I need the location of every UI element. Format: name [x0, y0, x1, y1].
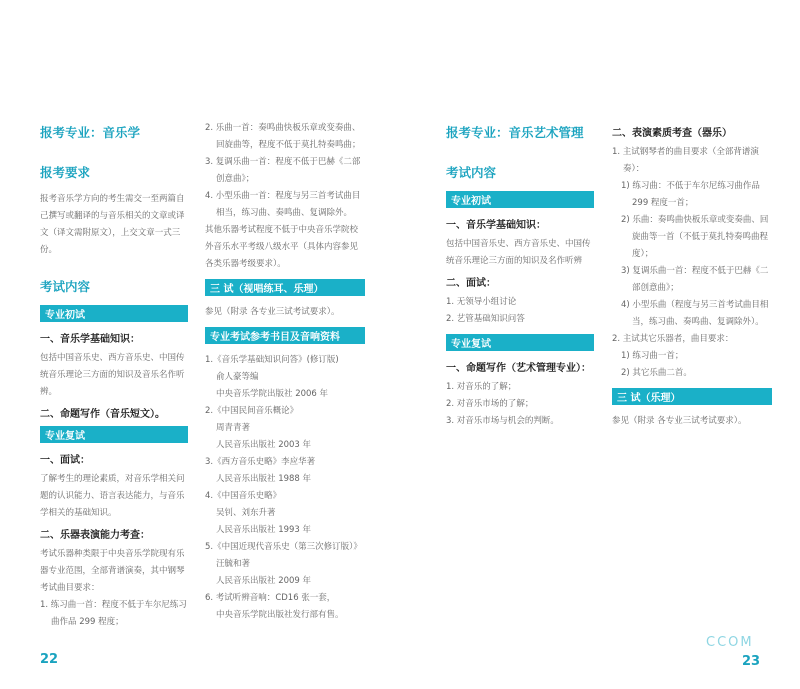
- list-item: 2. 主试其它乐器者，曲目要求：: [612, 331, 772, 348]
- first-exam-bar: 专业初试: [40, 305, 188, 322]
- page-number-left: 22: [40, 652, 58, 667]
- logo-icon: CCOM: [706, 635, 754, 650]
- reference-item: 3.《西方音乐史略》李应华著 人民音乐出版社 1988 年: [205, 454, 365, 488]
- reference-item: 6. 考试听辨音响：CD16 张一套， 中央音乐学院出版社发行部有售。: [205, 590, 365, 624]
- left-column-2: 2. 乐曲一首：奏鸣曲快板乐章或变奏曲、回旋曲等，程度不低于莫扎特奏鸣曲； 3.…: [205, 120, 365, 624]
- reference-title: 3.《西方音乐史略》李应华著: [205, 454, 365, 471]
- reference-title: 1.《音乐学基础知识问答》(修订版): [205, 352, 365, 369]
- reference-title: 4.《中国音乐史略》: [205, 488, 365, 505]
- reference-item: 5.《中国近现代音乐史（第三次修订版）》汪毓和著 人民音乐出版社 2009 年: [205, 539, 365, 590]
- reference-item: 4.《中国音乐史略》 吴钊、刘东升著 人民音乐出版社 1993 年: [205, 488, 365, 539]
- section-title: 二、乐器表演能力考查：: [40, 526, 188, 541]
- third-exam-text: 参见（附录 各专业三试考试要求）。: [612, 413, 772, 430]
- reference-item: 1.《音乐学基础知识问答》(修订版) 俞人豪等编 中央音乐学院出版社 2006 …: [205, 352, 365, 403]
- section-title: 一、音乐学基础知识：: [40, 330, 188, 345]
- page-number-right: 23: [742, 654, 760, 669]
- list-item: 2. 艺管基础知识问答: [446, 311, 594, 328]
- requirements-heading: 报考要求: [40, 163, 188, 181]
- other-instruments-text: 其他乐器考试程度不低于中央音乐学院校外音乐水平考级八级水平（具体内容参见各类乐器…: [205, 222, 365, 273]
- list-item: 2) 乐曲：奏鸣曲快板乐章或变奏曲、回旋曲等一首（不低于莫扎特奏鸣曲程度）；: [612, 212, 772, 263]
- list-item: 3) 复调乐曲一首：程度不低于巴赫《二部创意曲》；: [612, 263, 772, 297]
- reference-title: 5.《中国近现代音乐史（第三次修订版）》汪毓和著: [205, 539, 365, 573]
- section-title: 一、面试：: [40, 451, 188, 466]
- reference-line: 周青青著: [205, 420, 365, 437]
- content-heading: 考试内容: [446, 163, 594, 181]
- second-exam-bar: 专业复试: [40, 426, 188, 443]
- reference-line: 俞人豪等编: [205, 369, 365, 386]
- list-item: 1) 练习曲：不低于车尔尼练习曲作品 299 程度一首；: [612, 178, 772, 212]
- section-text: 包括中国音乐史、西方音乐史、中国传统音乐理论三方面的知识及名作听辨: [446, 236, 594, 270]
- reference-title: 6. 考试听辨音响：CD16 张一套，: [205, 590, 365, 607]
- list-item: 3. 复调乐曲一首：程度不低于巴赫《二部创意曲》；: [205, 154, 365, 188]
- reference-line: 吴钊、刘东升著: [205, 505, 365, 522]
- second-exam-bar: 专业复试: [446, 334, 594, 351]
- section-title: 二、面试：: [446, 274, 594, 289]
- reference-title: 2.《中国民间音乐概论》: [205, 403, 365, 420]
- list-item: 1. 练习曲一首：程度不低于车尔尼练习曲作品 299 程度；: [40, 597, 188, 631]
- references-bar: 专业考试参考书目及音响资料: [205, 327, 365, 344]
- list-item: 1. 主试钢琴者的曲目要求（全部背谱演奏）：: [612, 144, 772, 178]
- major-title: 报考专业：音乐学: [40, 123, 188, 141]
- reference-item: 2.《中国民间音乐概论》 周青青著 人民音乐出版社 2003 年: [205, 403, 365, 454]
- right-column-1: 报考专业：音乐艺术管理 考试内容 专业初试 一、音乐学基础知识： 包括中国音乐史…: [446, 120, 594, 430]
- list-item: 2) 其它乐曲二首。: [612, 365, 772, 382]
- section-title: 一、音乐学基础知识：: [446, 216, 594, 231]
- right-column-2: 二、表演素质考查（器乐） 1. 主试钢琴者的曲目要求（全部背谱演奏）： 1) 练…: [612, 120, 772, 434]
- first-exam-bar: 专业初试: [446, 191, 594, 208]
- list-item: 3. 对音乐市场与机会的判断。: [446, 413, 594, 430]
- major-title: 报考专业：音乐艺术管理: [446, 123, 594, 141]
- third-exam-bar: 三 试（视唱练耳、乐理）: [205, 279, 365, 296]
- list-item: 2. 对音乐市场的了解；: [446, 396, 594, 413]
- list-item: 2. 乐曲一首：奏鸣曲快板乐章或变奏曲、回旋曲等，程度不低于莫扎特奏鸣曲；: [205, 120, 365, 154]
- list-item: 4. 小型乐曲一首：程度与另三首考试曲目相当，练习曲、奏鸣曲、复调除外。: [205, 188, 365, 222]
- section-title: 二、表演素质考查（器乐）: [612, 124, 772, 139]
- content-heading: 考试内容: [40, 277, 188, 295]
- section-title: 一、命题写作（艺术管理专业）：: [446, 359, 594, 374]
- list-item: 1. 对音乐的了解；: [446, 379, 594, 396]
- reference-line: 人民音乐出版社 2003 年: [205, 437, 365, 454]
- section-title: 二、命题写作（音乐短文）。: [40, 405, 188, 420]
- reference-line: 人民音乐出版社 2009 年: [205, 573, 365, 590]
- section-text: 包括中国音乐史、西方音乐史、中国传统音乐理论三方面的知识及音乐名作听辨。: [40, 350, 188, 401]
- reference-line: 中央音乐学院出版社 2006 年: [205, 386, 365, 403]
- list-item: 1. 无领导小组讨论: [446, 294, 594, 311]
- third-exam-text: 参见（附录 各专业三试考试要求）。: [205, 304, 365, 321]
- reference-line: 人民音乐出版社 1988 年: [205, 471, 365, 488]
- reference-line: 中央音乐学院出版社发行部有售。: [205, 607, 365, 624]
- list-item: 1) 练习曲一首；: [612, 348, 772, 365]
- reference-line: 人民音乐出版社 1993 年: [205, 522, 365, 539]
- left-column-1: 报考专业：音乐学 报考要求 报考音乐学方向的考生需交一至两篇自己撰写或翻译的与音…: [40, 120, 188, 631]
- requirements-text: 报考音乐学方向的考生需交一至两篇自己撰写或翻译的与音乐相关的文章或译文（译文需附…: [40, 191, 188, 259]
- list-item: 4) 小型乐曲（程度与另三首考试曲目相当，练习曲、奏鸣曲、复调除外）。: [612, 297, 772, 331]
- section-text: 了解考生的理论素质，对音乐学相关问题的认识能力、语言表达能力，与音乐学相关的基础…: [40, 471, 188, 522]
- section-text: 考试乐器种类限于中央音乐学院现有乐器专业范围，全部背谱演奏，其中钢琴考试曲目要求…: [40, 546, 188, 597]
- third-exam-bar: 三 试（乐理）: [612, 388, 772, 405]
